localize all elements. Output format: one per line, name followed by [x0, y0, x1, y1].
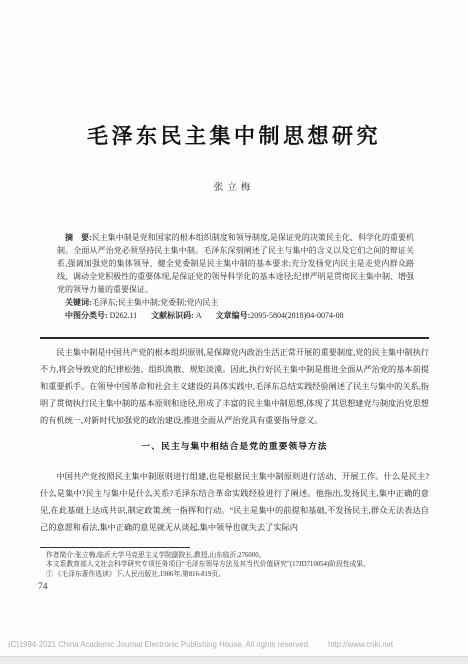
keywords-text: 毛泽东;民主集中制;党委制;党内民主 [92, 298, 219, 307]
body-paragraph-1: 民主集中制是中国共产党的根本组织原则,是保障党内政治生活正常开展的重要制度,党的… [40, 344, 429, 429]
doc-code-pair: 文献标识码:A [151, 311, 201, 320]
footnote-author-bio: 作者简介:张立梅,临沂大学马克思主义学院副院长,教授,山东临沂,276000。 [46, 551, 428, 560]
keywords-line: 关键词:毛泽东;民主集中制;党委制;党内民主 [57, 296, 414, 309]
abstract-paragraph: 摘 要:民主集中制是党和国家的根本组织制度和领导制度,是保证党的决策民主化、科学… [57, 231, 414, 296]
copyright-text: (C)1994-2021 China Academic Journal Elec… [8, 640, 310, 649]
footnote-citation: ① 《毛泽东著作选读》下,人民出版社,1986年,第816-819页。 [46, 570, 428, 579]
abstract-text: 民主集中制是党和国家的根本组织制度和领导制度,是保证党的决策民主化、科学化的重要… [57, 233, 414, 294]
abstract-label: 摘 要: [65, 233, 92, 242]
clc-value: D262.11 [110, 311, 137, 320]
abstract-block: 摘 要:民主集中制是党和国家的根本组织制度和领导制度,是保证党的决策民主化、科学… [57, 231, 414, 322]
footnote-divider [40, 547, 190, 548]
copyright-line: (C)1994-2021 China Academic Journal Elec… [8, 640, 460, 649]
clc-label: 中图分类号: [65, 311, 108, 320]
cnki-url-link[interactable]: http://www.cnki.net [328, 640, 393, 649]
doc-code-value: A [196, 311, 202, 320]
header-divider [40, 337, 429, 339]
article-no-pair: 文章编号:2095-5804(2018)04-0074-08 [216, 311, 344, 320]
section-heading-1: 一、民主与集中相结合是党的重要领导方法 [40, 438, 429, 455]
author-name: 张立梅 [0, 179, 468, 193]
keywords-label: 关键词: [65, 298, 92, 307]
page-title: 毛泽东民主集中制思想研究 [0, 120, 468, 150]
article-body: 民主集中制是中国共产党的根本组织原则,是保障党内政治生活正常开展的重要制度,党的… [40, 344, 429, 536]
clc-pair: 中图分类号:D262.11 [65, 311, 137, 320]
scan-edge-strip [0, 656, 468, 664]
footnotes-block: 作者简介:张立梅,临沂大学马克思主义学院副院长,教授,山东临沂,276000。 … [46, 551, 428, 579]
page-number: 74 [38, 582, 48, 592]
journal-page: 毛泽东民主集中制思想研究 张立梅 摘 要:民主集中制是党和国家的根本组织制度和领… [0, 0, 468, 664]
article-no-value: 2095-5804(2018)04-0074-08 [250, 311, 343, 320]
classification-line: 中图分类号:D262.11文献标识码:A文章编号:2095-5804(2018)… [57, 309, 414, 322]
body-paragraph-2: 中国共产党按照民主集中制原则进行组建,也是根据民主集中制原则进行活动、开展工作。… [40, 468, 429, 536]
article-no-label: 文章编号: [216, 311, 251, 320]
footnote-funding: 本文系教育部人文社会科学研究专项任务项目“毛泽东领导方法及其当代价值研究”(17… [46, 560, 428, 569]
doc-code-label: 文献标识码: [151, 311, 194, 320]
